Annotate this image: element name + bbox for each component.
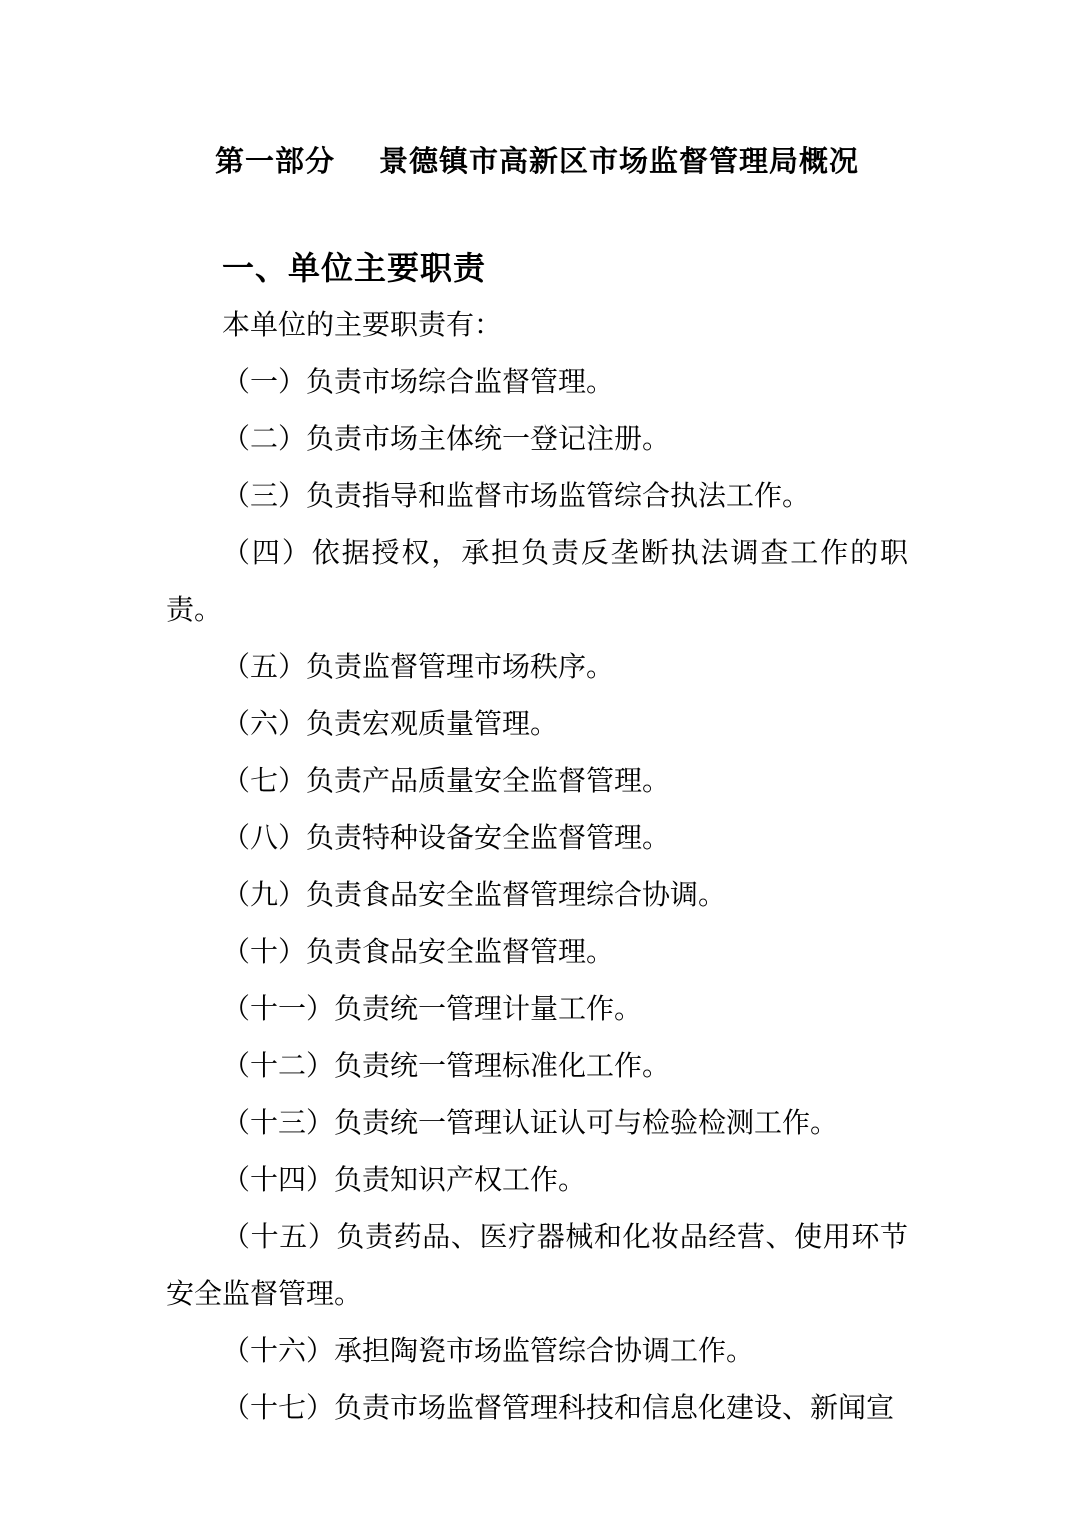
duty-paragraph-14: （十四）负责知识产权工作。 (166, 1152, 908, 1209)
document-body: 本单位的主要职责有： （一）负责市场综合监督管理。 （二）负责市场主体统一登记注… (166, 297, 908, 1437)
duty-paragraph-7: （七）负责产品质量安全监督管理。 (166, 753, 908, 810)
document-page: 第一部分景德镇市高新区市场监督管理局概况 一、单位主要职责 本单位的主要职责有：… (0, 0, 1074, 1520)
duty-paragraph-16: （十六）承担陶瓷市场监管综合协调工作。 (166, 1323, 908, 1380)
duty-paragraph-3: （三）负责指导和监督市场监管综合执法工作。 (166, 468, 908, 525)
duty-paragraph-2: （二）负责市场主体统一登记注册。 (166, 411, 908, 468)
section-heading: 一、单位主要职责 (166, 240, 908, 297)
duty-paragraph-12: （十二）负责统一管理标准化工作。 (166, 1038, 908, 1095)
document-title: 第一部分景德镇市高新区市场监督管理局概况 (166, 134, 908, 191)
document-title-part-label: 第一部分 (215, 146, 335, 178)
intro-paragraph: 本单位的主要职责有： (166, 297, 908, 354)
duty-paragraph-8: （八）负责特种设备安全监督管理。 (166, 810, 908, 867)
duty-paragraph-10: （十）负责食品安全监督管理。 (166, 924, 908, 981)
duty-paragraph-15: （十五）负责药品、医疗器械和化妆品经营、使用环节安全监督管理。 (166, 1209, 908, 1323)
duty-paragraph-13: （十三）负责统一管理认证认可与检验检测工作。 (166, 1095, 908, 1152)
duty-paragraph-6: （六）负责宏观质量管理。 (166, 696, 908, 753)
document-title-text: 景德镇市高新区市场监督管理局概况 (379, 146, 859, 178)
document-content: 第一部分景德镇市高新区市场监督管理局概况 一、单位主要职责 本单位的主要职责有：… (0, 0, 1074, 1437)
duty-paragraph-5: （五）负责监督管理市场秩序。 (166, 639, 908, 696)
duty-paragraph-4: （四）依据授权，承担负责反垄断执法调查工作的职责。 (166, 525, 908, 639)
duty-paragraph-11: （十一）负责统一管理计量工作。 (166, 981, 908, 1038)
duty-paragraph-17: （十七）负责市场监督管理科技和信息化建设、新闻宣 (166, 1380, 908, 1437)
duty-paragraph-1: （一）负责市场综合监督管理。 (166, 354, 908, 411)
duty-paragraph-9: （九）负责食品安全监督管理综合协调。 (166, 867, 908, 924)
